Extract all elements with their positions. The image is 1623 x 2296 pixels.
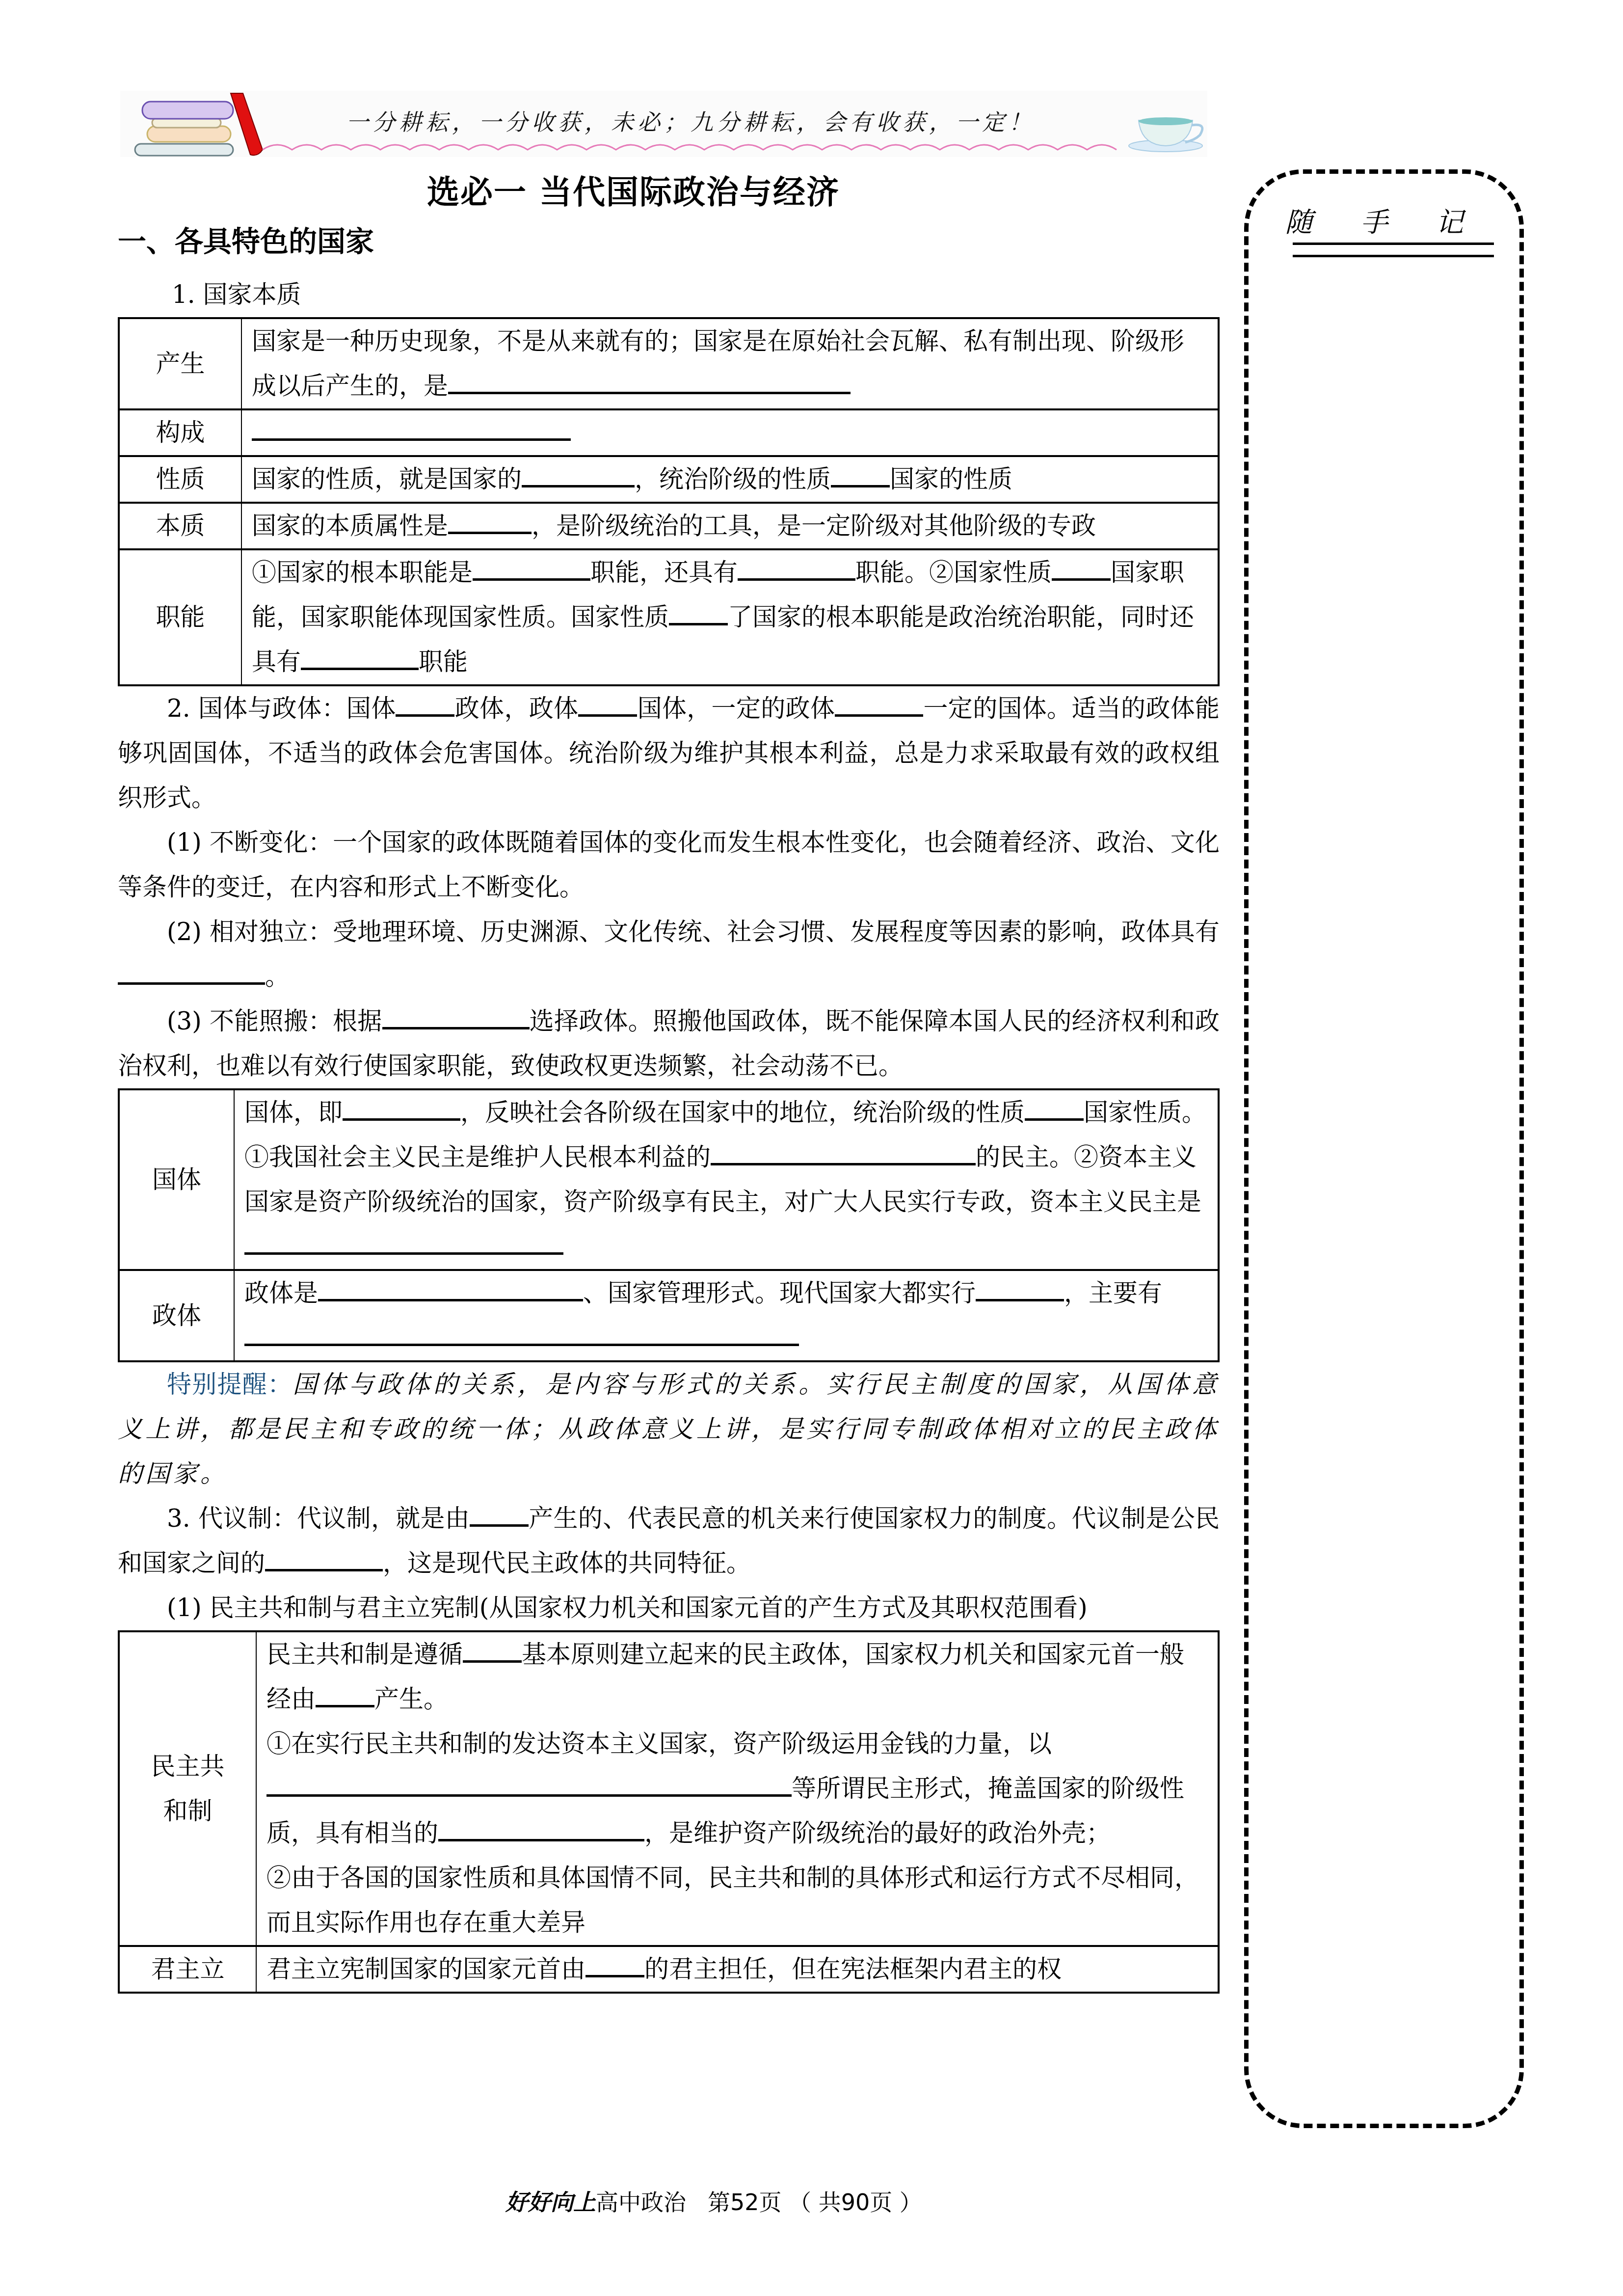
state-nature-table: 产生 国家是一种历史现象，不是从来就有的；国家是在原始社会瓦解、私有制出现、阶级… bbox=[118, 317, 1220, 686]
footer-subject: 高中政治 bbox=[596, 2189, 686, 2215]
fill-blank[interactable] bbox=[585, 1950, 644, 1977]
row-label: 政体 bbox=[119, 1270, 234, 1361]
notes-panel[interactable]: 随 手 记 bbox=[1244, 169, 1524, 2128]
paragraph-representative-system: 3. 代议制：代议制，就是由产生的、代表民意的机关来行使国家权力的制度。代议制是… bbox=[118, 1496, 1220, 1586]
fill-blank[interactable] bbox=[265, 1544, 383, 1571]
fill-blank[interactable] bbox=[578, 690, 637, 717]
fill-blank[interactable] bbox=[316, 1680, 374, 1707]
fill-blank[interactable] bbox=[473, 554, 590, 581]
fill-blank[interactable] bbox=[448, 367, 851, 394]
table-row: 职能 ①国家的根本职能是职能，还具有职能。②国家性质国家职能，国家职能体现国家性… bbox=[119, 549, 1219, 685]
row-content: 国家是一种历史现象，不是从来就有的；国家是在原始社会瓦解、私有制出现、阶级形成以… bbox=[241, 318, 1219, 409]
table-row: 构成 bbox=[119, 409, 1219, 456]
paragraph-point-1: (1) 不断变化：一个国家的政体既随着国体的变化而发生根本性变化，也会随着经济、… bbox=[118, 820, 1220, 910]
fill-blank[interactable] bbox=[396, 690, 454, 717]
fill-blank[interactable] bbox=[438, 1814, 644, 1841]
fill-blank[interactable] bbox=[244, 1228, 563, 1255]
row-label: 产生 bbox=[119, 318, 241, 409]
notes-title: 随 手 记 bbox=[1249, 201, 1519, 240]
row-content: 政体是、国家管理形式。现代国家大都实行，主要有 bbox=[234, 1270, 1219, 1361]
books-icon bbox=[135, 93, 263, 156]
row-label: 君主立 bbox=[119, 1946, 256, 1993]
fill-blank[interactable] bbox=[470, 1500, 529, 1527]
content-area: 1. 国家本质 产生 国家是一种历史现象，不是从来就有的；国家是在原始社会瓦解、… bbox=[118, 272, 1220, 1994]
reminder-label: 特别提醒： bbox=[167, 1370, 293, 1399]
paragraph-republic-monarchy: (1) 民主共和制与君主立宪制(从国家权力机关和国家元首的产生方式及其职权范围看… bbox=[118, 1586, 1220, 1630]
teacup-icon bbox=[1129, 117, 1202, 152]
table-row: 产生 国家是一种历史现象，不是从来就有的；国家是在原始社会瓦解、私有制出现、阶级… bbox=[119, 318, 1219, 409]
section-heading: 一、各具特色的国家 bbox=[118, 218, 374, 260]
fill-blank[interactable] bbox=[301, 643, 419, 670]
paragraph-state-form: 2. 国体与政体：国体政体，政体国体，一定的政体一定的国体。适当的政体能够巩固国… bbox=[118, 686, 1220, 820]
row-label: 本质 bbox=[119, 503, 241, 549]
table-row: 君主立 君主立宪制国家的国家元首由的君主担任，但在宪法框架内君主的权 bbox=[119, 1946, 1219, 1993]
subsection-heading: 1. 国家本质 bbox=[118, 272, 1220, 317]
footer-page-number: 第52页 bbox=[708, 2189, 782, 2215]
header-banner: 一分耕耘，一分收获，未必；九分耕耘，会有收获，一定！ bbox=[120, 91, 1207, 157]
footer-brand: 好好向上 bbox=[506, 2189, 596, 2215]
table-row: 本质 国家的本质属性是，是阶级统治的工具，是一定阶级对其他阶级的专政 bbox=[119, 503, 1219, 549]
paragraph-point-3: (3) 不能照搬：根据选择政体。照搬他国政体，既不能保障本国人民的经济权利和政治… bbox=[118, 999, 1220, 1088]
motto-text: 一分耕耘，一分收获，未必；九分耕耘，会有收获，一定！ bbox=[346, 105, 1035, 137]
special-reminder: 特别提醒：国体与政体的关系，是内容与形式的关系。实行民主制度的国家，从国体意义上… bbox=[118, 1362, 1220, 1496]
fill-blank[interactable] bbox=[318, 1274, 583, 1301]
fill-blank[interactable] bbox=[343, 1094, 460, 1121]
fill-blank[interactable] bbox=[448, 507, 532, 534]
fill-blank[interactable] bbox=[1052, 554, 1111, 581]
state-regime-table: 国体 国体，即，反映社会各阶级在国家中的地位，统治阶级的性质国家性质。①我国社会… bbox=[118, 1088, 1220, 1362]
table-row: 国体 国体，即，反映社会各阶级在国家中的地位，统治阶级的性质国家性质。①我国社会… bbox=[119, 1089, 1219, 1270]
row-label: 性质 bbox=[119, 456, 241, 503]
fill-blank[interactable] bbox=[831, 460, 890, 487]
row-content: ①国家的根本职能是职能，还具有职能。②国家性质国家职能，国家职能体现国家性质。国… bbox=[241, 549, 1219, 685]
fill-blank[interactable] bbox=[266, 1770, 792, 1797]
fill-blank[interactable] bbox=[463, 1636, 522, 1663]
row-content: 民主共和制是遵循基本原则建立起来的民主政体，国家权力机关和国家元首一般经由产生。… bbox=[256, 1631, 1219, 1946]
fill-blank[interactable] bbox=[976, 1274, 1064, 1301]
row-label: 民主共和制 bbox=[119, 1631, 256, 1946]
row-label: 构成 bbox=[119, 409, 241, 456]
table-row: 政体 政体是、国家管理形式。现代国家大都实行，主要有 bbox=[119, 1270, 1219, 1361]
row-content bbox=[241, 409, 1219, 456]
fill-blank[interactable] bbox=[1025, 1094, 1084, 1121]
fill-blank[interactable] bbox=[669, 598, 728, 625]
row-content: 君主立宪制国家的国家元首由的君主担任，但在宪法框架内君主的权 bbox=[256, 1946, 1219, 1993]
paragraph-point-2: (2) 相对独立：受地理环境、历史渊源、文化传统、社会习惯、发展程度等因素的影响… bbox=[118, 910, 1220, 999]
row-content: 国家的本质属性是，是阶级统治的工具，是一定阶级对其他阶级的专政 bbox=[241, 503, 1219, 549]
fill-blank[interactable] bbox=[522, 460, 635, 487]
table-row: 民主共和制 民主共和制是遵循基本原则建立起来的民主政体，国家权力机关和国家元首一… bbox=[119, 1631, 1219, 1946]
row-content: 国家的性质，就是国家的，统治阶级的性质国家的性质 bbox=[241, 456, 1219, 503]
republic-monarchy-table: 民主共和制 民主共和制是遵循基本原则建立起来的民主政体，国家权力机关和国家元首一… bbox=[118, 1630, 1220, 1994]
row-label: 国体 bbox=[119, 1089, 234, 1270]
notes-title-underline bbox=[1293, 243, 1494, 257]
page-footer: 好好向上高中政治 第52页 （ 共90页 ） bbox=[506, 2185, 922, 2217]
row-content: 国体，即，反映社会各阶级在国家中的地位，统治阶级的性质国家性质。①我国社会主义民… bbox=[234, 1089, 1219, 1270]
table-row: 性质 国家的性质，就是国家的，统治阶级的性质国家的性质 bbox=[119, 456, 1219, 503]
fill-blank[interactable] bbox=[835, 690, 923, 717]
fill-blank[interactable] bbox=[252, 414, 571, 441]
footer-total-pages: （ 共90页 ） bbox=[789, 2189, 922, 2215]
page-title: 选必一 当代国际政治与经济 bbox=[427, 166, 840, 213]
fill-blank[interactable] bbox=[711, 1138, 976, 1165]
fill-blank[interactable] bbox=[382, 1002, 530, 1029]
fill-blank[interactable] bbox=[738, 554, 855, 581]
fill-blank[interactable] bbox=[244, 1319, 799, 1346]
fill-blank[interactable] bbox=[118, 958, 265, 985]
row-label: 职能 bbox=[119, 549, 241, 685]
